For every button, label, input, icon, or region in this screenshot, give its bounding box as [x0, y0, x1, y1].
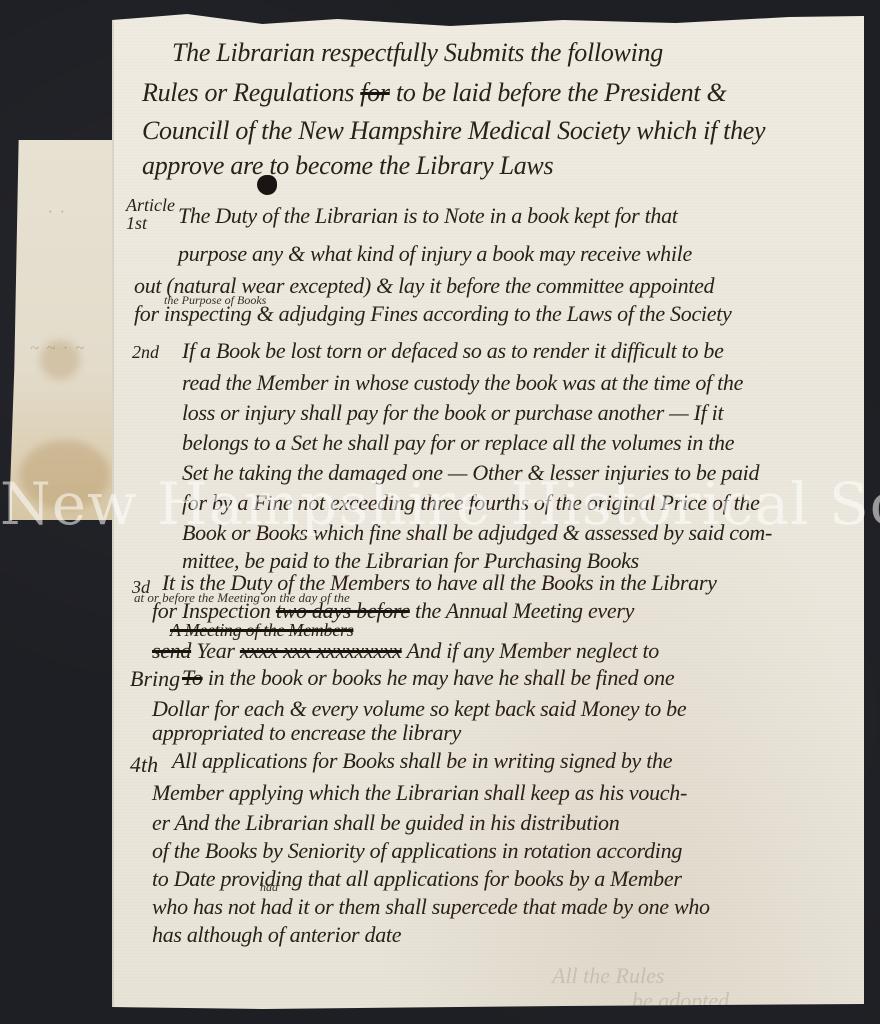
preamble-line: Councill of the New Hampshire Medical So…: [142, 116, 765, 146]
article-line: send Year xxxx xxx xxxxxxxxx And if any …: [152, 638, 659, 664]
article-line: To in the book or books he may have he s…: [182, 665, 674, 691]
article-line: of the Books by Seniority of application…: [152, 838, 682, 864]
article-line: read the Member in whose custody the boo…: [182, 370, 743, 396]
preamble-line: The Librarian respectfully Submits the f…: [172, 38, 663, 68]
article-label: Article 1st: [126, 196, 170, 232]
bleed-through-text: All the Rules: [552, 963, 664, 989]
preamble-line: approve are to become the Library Laws: [142, 151, 553, 181]
article-label: 2nd: [132, 343, 159, 361]
page-edge: [112, 8, 114, 1011]
article-line: has although of anterior date: [152, 922, 401, 948]
struck-text: To: [182, 665, 203, 690]
article-line: Book or Books which fine shall be adjudg…: [182, 520, 772, 546]
article-line: er And the Librarian shall be guided in …: [152, 810, 619, 836]
foxing-stain: [20, 440, 110, 510]
article-line: purpose any & what kind of injury a book…: [178, 241, 692, 267]
article-line: for by a Fine not exceeding three fourth…: [182, 490, 760, 516]
article-line: for inspecting & adjudging Fines accordi…: [134, 301, 731, 327]
interlineation: had: [260, 880, 278, 895]
article-line: All applications for Books shall be in w…: [172, 748, 672, 774]
article-line: Member applying which the Librarian shal…: [152, 780, 687, 806]
manuscript-page: The Librarian respectfully Submits the f…: [112, 8, 864, 1011]
article-line: belongs to a Set he shall pay for or rep…: [182, 430, 734, 456]
bleed-through-text: · ·: [48, 204, 66, 222]
struck-word: for: [360, 78, 389, 107]
margin-insert: Bring: [130, 668, 180, 690]
article-line: If a Book be lost torn or defaced so as …: [182, 338, 724, 364]
article-line: loss or injury shall pay for the book or…: [182, 400, 723, 426]
article-line: who has not had it or them shall superce…: [152, 894, 710, 920]
article-label: 4th: [130, 754, 158, 776]
struck-text: xxxx xxx xxxxxxxxx: [240, 638, 402, 663]
article-line: Set he taking the damaged one — Other & …: [182, 460, 759, 486]
preamble-line: Rules or Regulations for to be laid befo…: [142, 78, 726, 108]
struck-text: A Meeting of the Members: [170, 620, 353, 640]
article-line: appropriated to encrease the library: [152, 720, 461, 746]
article-line: The Duty of the Librarian is to Note in …: [178, 203, 678, 229]
backing-paper-fragment: · · ~ ~ · ~: [10, 140, 118, 520]
struck-text: send: [152, 638, 191, 663]
article-line: Dollar for each & every volume so kept b…: [152, 696, 686, 722]
preamble-text: Rules or Regulations: [142, 78, 360, 107]
bleed-through-text: ~ ~ · ~: [30, 340, 86, 358]
article-line: to Date providing that all applications …: [152, 866, 682, 892]
